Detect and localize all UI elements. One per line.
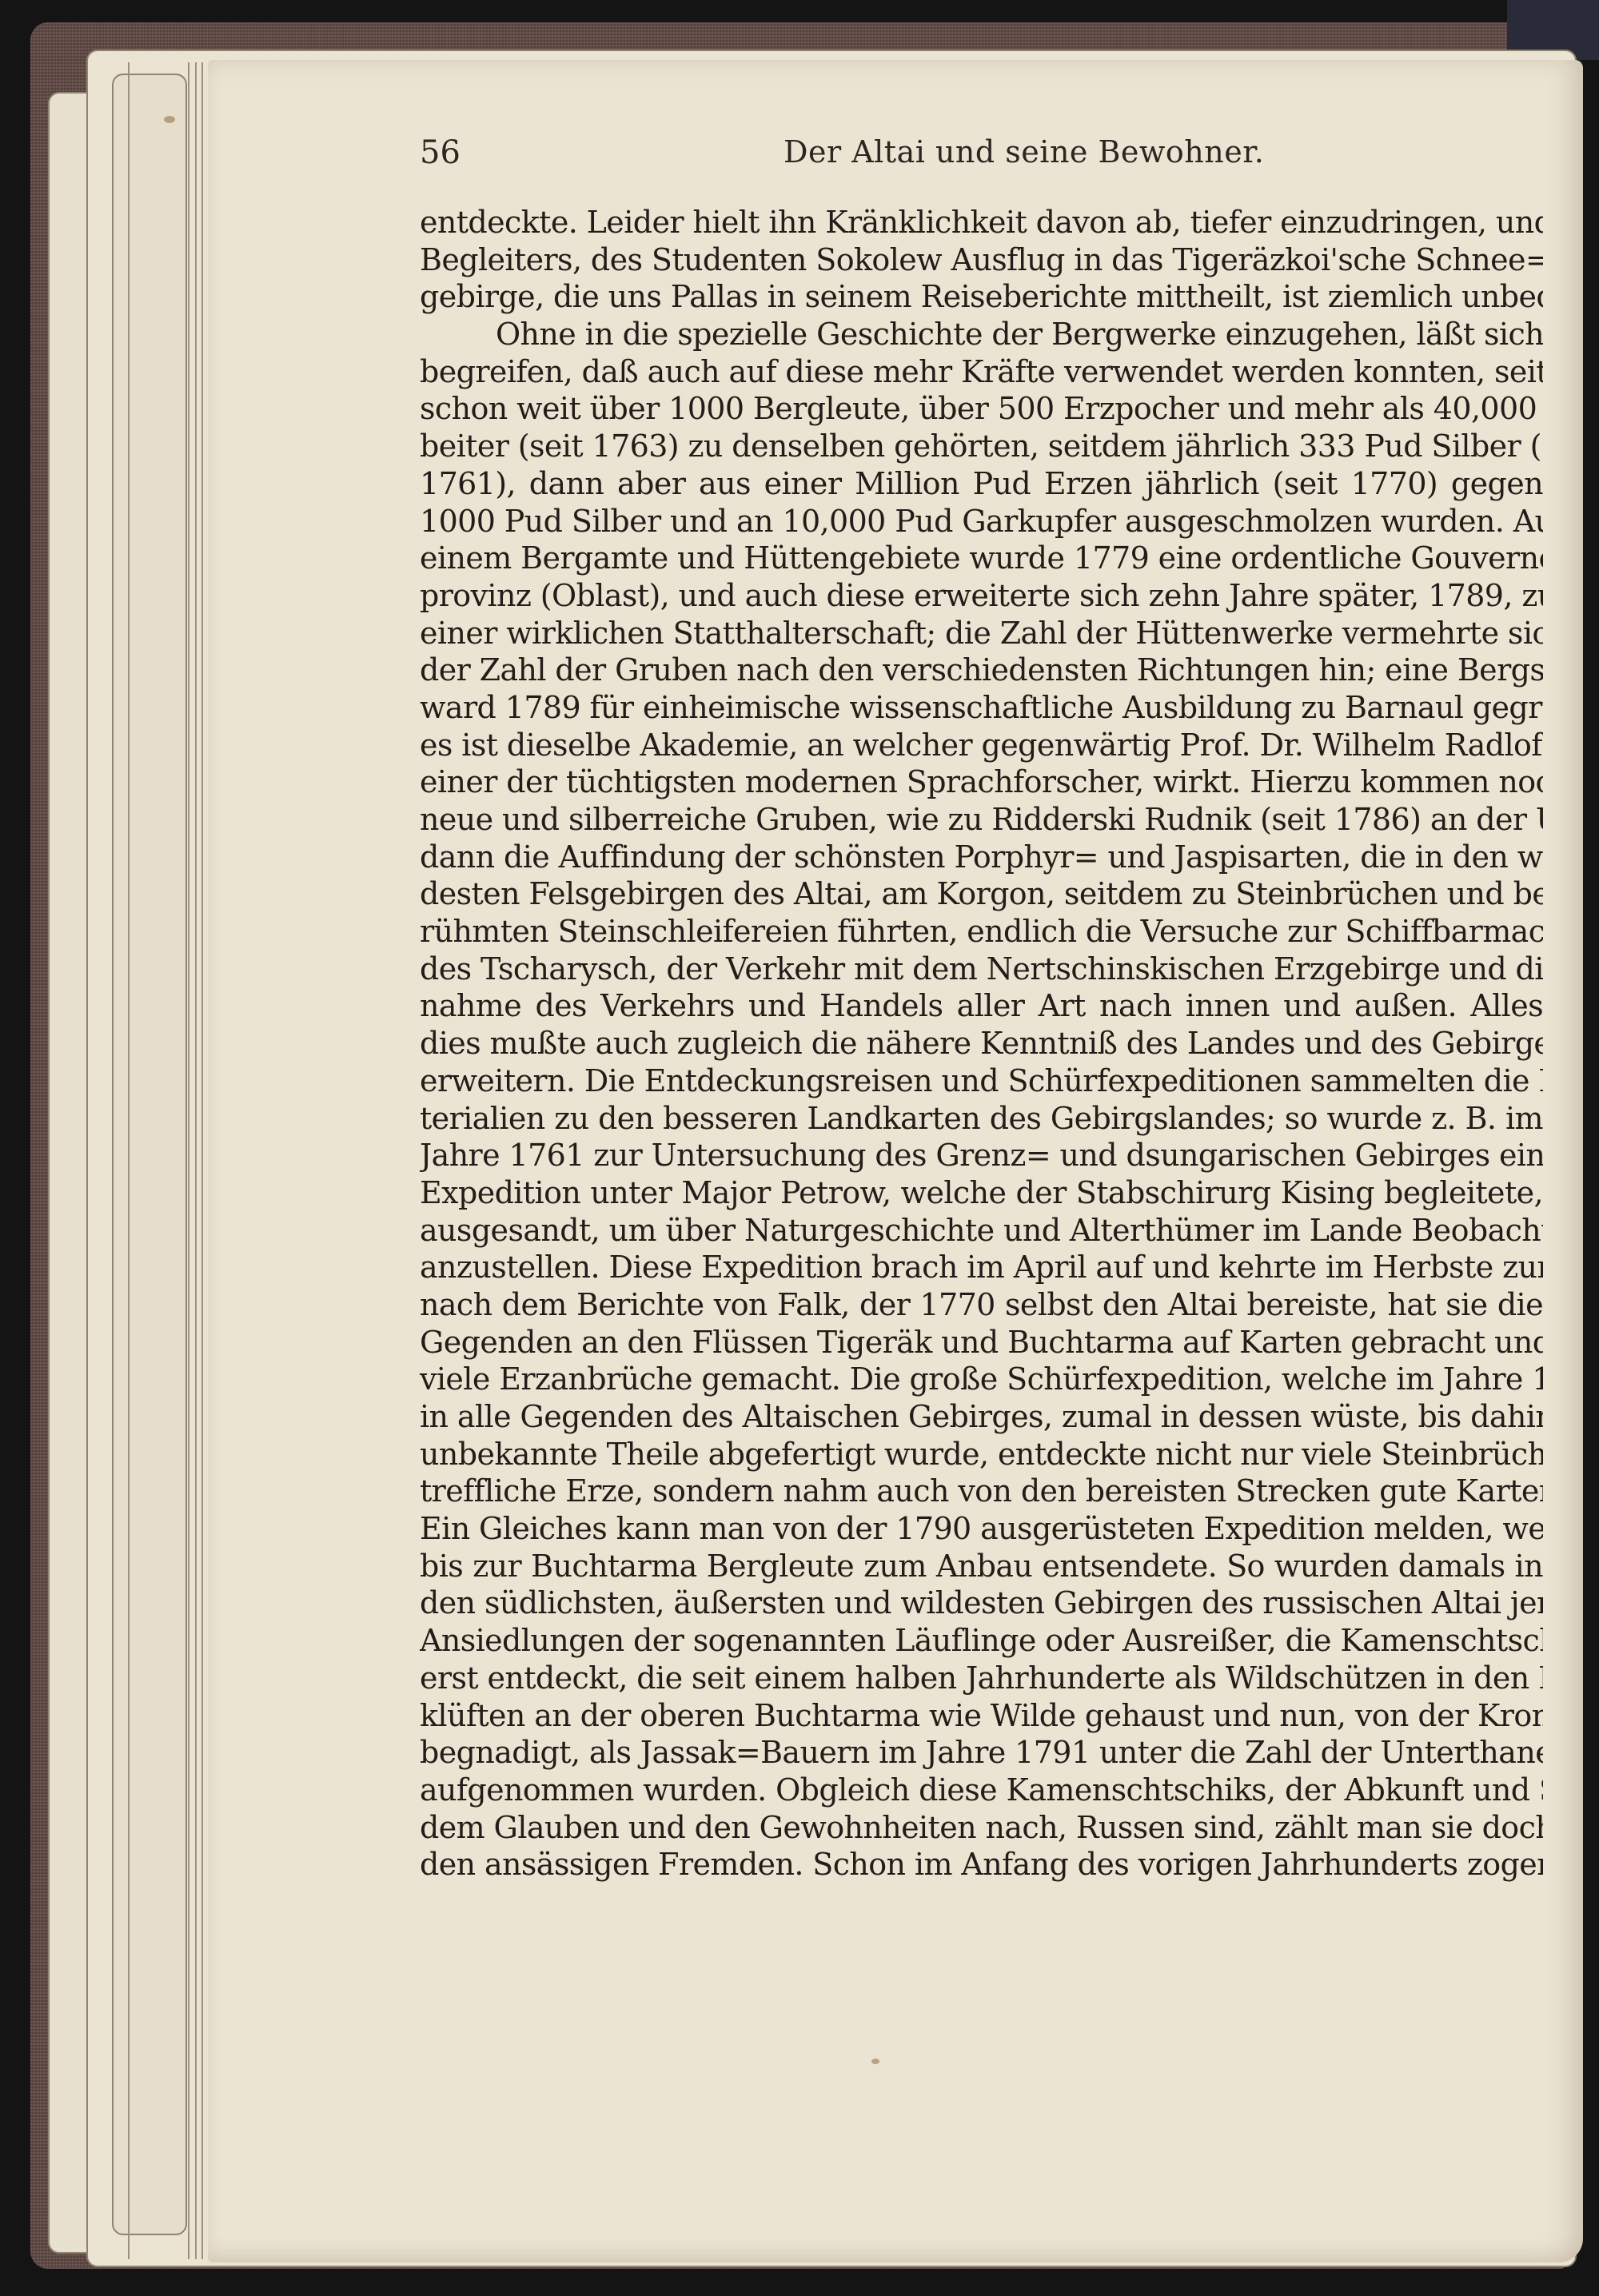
text-line: anzustellen. Diese Expedition brach im A… (420, 1249, 1543, 1286)
text-line: desten Felsgebirgen des Altai, am Korgon… (420, 875, 1543, 913)
text-line: Ein Gleiches kann man von der 1790 ausge… (420, 1510, 1543, 1548)
page-number: 56 (420, 134, 461, 171)
text-line: nahme des Verkehrs und Handels aller Art… (420, 987, 1543, 1025)
text-line: unbekannte Theile abgefertigt wurde, ent… (420, 1436, 1543, 1473)
text-line: aufgenommen wurden. Obgleich diese Kamen… (420, 1772, 1543, 1809)
text-line: bis zur Buchtarma Bergleute zum Anbau en… (420, 1548, 1543, 1585)
text-line: entdeckte. Leider hielt ihn Kränklichkei… (420, 204, 1543, 241)
text-line: dem Glauben und den Gewohnheiten nach, R… (420, 1809, 1543, 1847)
text-line: dann die Auffindung der schönsten Porphy… (420, 839, 1543, 876)
body-text: entdeckte. Leider hielt ihn Kränklichkei… (420, 204, 1543, 1883)
text-line: neue und silberreiche Gruben, wie zu Rid… (420, 801, 1543, 839)
text-line: Expedition unter Major Petrow, welche de… (420, 1174, 1543, 1212)
paper-stain (871, 2059, 879, 2064)
text-line: den südlichsten, äußersten und wildesten… (420, 1584, 1543, 1622)
text-line: dies mußte auch zugleich die nähere Kenn… (420, 1025, 1543, 1062)
text-line: erweitern. Die Entdeckungsreisen und Sch… (420, 1062, 1543, 1100)
text-line: beiter (seit 1763) zu denselben gehörten… (420, 428, 1543, 465)
text-line: Jahre 1761 zur Untersuchung des Grenz= u… (420, 1137, 1543, 1174)
page-edge (188, 62, 189, 2259)
page-edge (201, 62, 203, 2259)
text-line: einer der tüchtigsten modernen Sprachfor… (420, 763, 1543, 801)
text-line: rühmten Steinschleifereien führten, endl… (420, 913, 1543, 951)
text-line: der Zahl der Gruben nach den verschieden… (420, 652, 1543, 689)
page-stack-inner (112, 74, 187, 2235)
text-line: treffliche Erze, sondern nahm auch von d… (420, 1473, 1543, 1510)
text-line: erst entdeckt, die seit einem halben Jah… (420, 1660, 1543, 1697)
text-line: begnadigt, als Jassak=Bauern im Jahre 17… (420, 1734, 1543, 1772)
text-line: ward 1789 für einheimische wissenschaftl… (420, 689, 1543, 727)
paper-stain (164, 116, 175, 123)
text-line: provinz (Oblast), und auch diese erweite… (420, 577, 1543, 615)
text-line: schon weit über 1000 Bergleute, über 500… (420, 390, 1543, 428)
text-line: terialien zu den besseren Landkarten des… (420, 1100, 1543, 1138)
text-line: es ist dieselbe Akademie, an welcher geg… (420, 727, 1543, 764)
text-line: nach dem Berichte von Falk, der 1770 sel… (420, 1286, 1543, 1324)
text-line: 1761), dann aber aus einer Million Pud E… (420, 465, 1543, 503)
text-line: den ansässigen Fremden. Schon im Anfang … (420, 1846, 1543, 1883)
text-line: einem Bergamte und Hüttengebiete wurde 1… (420, 540, 1543, 577)
text-line: Ansiedlungen der sogenannten Läuflinge o… (420, 1622, 1543, 1660)
text-line: einer wirklichen Statthalterschaft; die … (420, 615, 1543, 652)
text-line: 1000 Pud Silber und an 10,000 Pud Garkup… (420, 503, 1543, 540)
text-line: klüften an der oberen Buchtarma wie Wild… (420, 1697, 1543, 1735)
text-line: des Tscharysch, der Verkehr mit dem Nert… (420, 951, 1543, 988)
text-line: ausgesandt, um über Naturgeschichte und … (420, 1212, 1543, 1250)
text-line: begreifen, daß auch auf diese mehr Kräft… (420, 353, 1543, 391)
text-line: Gegenden an den Flüssen Tigeräk und Buch… (420, 1324, 1543, 1361)
page-edge (128, 62, 130, 2259)
paragraph-start-line: Ohne in die spezielle Geschichte der Ber… (420, 316, 1543, 353)
page-edge (195, 62, 197, 2259)
running-title: Der Altai und seine Bewohner. (784, 134, 1264, 169)
text-line: gebirge, die uns Pallas in seinem Reiseb… (420, 278, 1543, 316)
text-line: viele Erzanbrüche gemacht. Die große Sch… (420, 1361, 1543, 1398)
text-line: Begleiters, des Studenten Sokolew Ausflu… (420, 241, 1543, 279)
text-line: in alle Gegenden des Altaischen Gebirges… (420, 1398, 1543, 1436)
